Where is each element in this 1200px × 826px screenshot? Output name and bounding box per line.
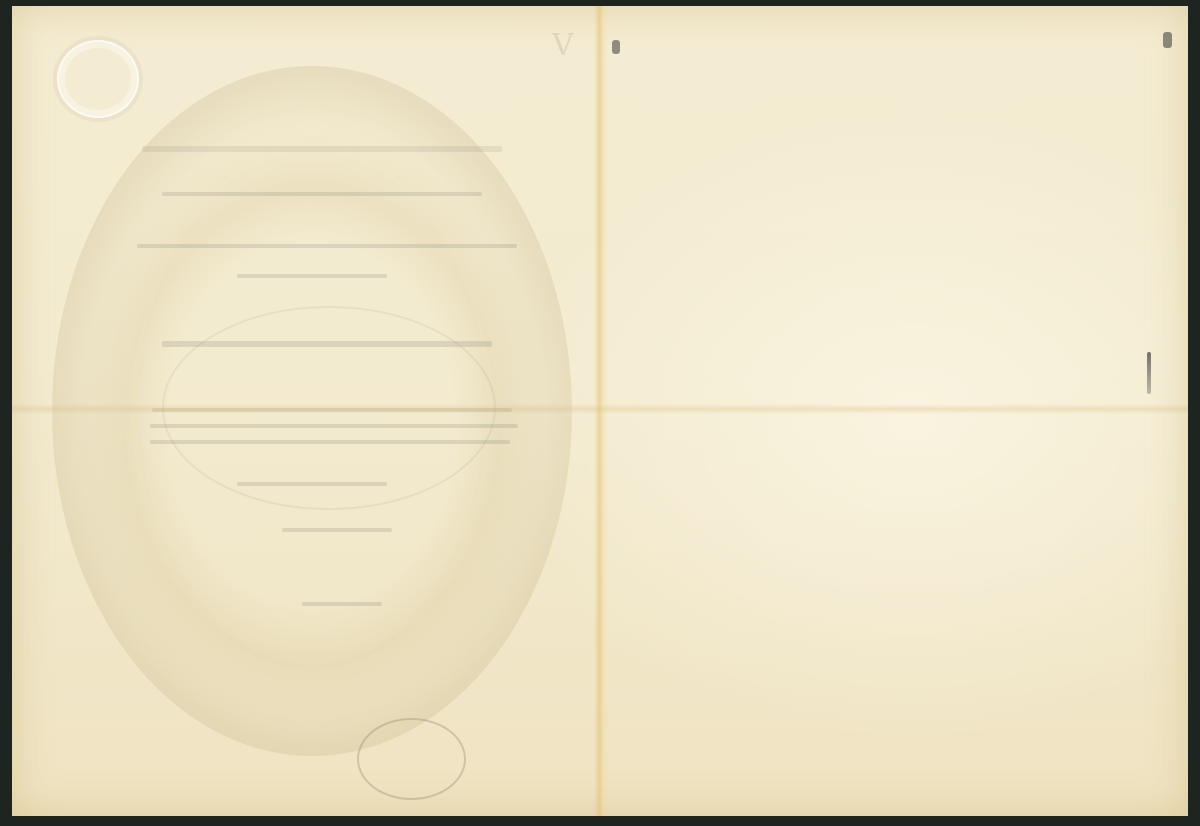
stamp-impression	[357, 718, 466, 800]
ink-mark	[1163, 32, 1172, 48]
show-through-line	[162, 192, 482, 196]
show-through-line	[237, 274, 387, 278]
show-through-signature	[282, 528, 392, 532]
embossed-seal-icon	[57, 40, 139, 118]
show-through-signature	[302, 602, 382, 606]
show-through-line	[137, 244, 517, 248]
ink-mark	[612, 40, 620, 54]
document-sheet: V Scanned reverse side of a folded antiq…	[12, 6, 1188, 816]
horizontal-fold	[12, 404, 1188, 414]
ink-mark	[1147, 352, 1151, 394]
show-through-letter: V	[552, 28, 574, 63]
scanner-background: V Scanned reverse side of a folded antiq…	[0, 0, 1200, 826]
show-through-line	[142, 146, 502, 152]
